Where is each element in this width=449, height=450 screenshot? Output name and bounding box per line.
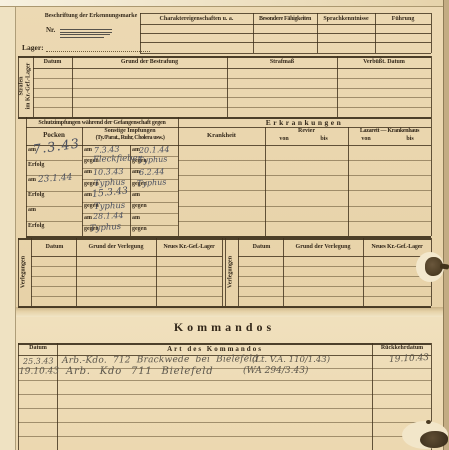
grid-line bbox=[253, 13, 254, 53]
strafen-side-line1: Strafen bbox=[19, 58, 26, 115]
erkrankungen-title: Erkrankungen bbox=[180, 119, 429, 128]
impf-gegen-entry: Typhus bbox=[94, 200, 126, 211]
grid-line bbox=[372, 343, 373, 450]
grid-line bbox=[33, 68, 431, 69]
lager-label: Lager: bbox=[22, 44, 44, 53]
grid-line bbox=[33, 107, 431, 108]
strafen-side-label: Strafen im Kr.-Gef.-Lager bbox=[19, 58, 33, 115]
grid-line bbox=[140, 33, 431, 34]
grid-line bbox=[348, 127, 349, 236]
verleg-right-header-grund: Grund der Verlegung bbox=[285, 244, 361, 251]
grid-line bbox=[18, 343, 19, 450]
grid-line bbox=[31, 296, 222, 297]
colB-gegen-label-3: gegen bbox=[132, 203, 147, 210]
kommandos-header-art: Art des Kommandos bbox=[59, 345, 371, 353]
grid-line bbox=[431, 117, 432, 236]
grid-line bbox=[18, 408, 431, 409]
revier-von-label: von bbox=[272, 136, 296, 143]
grid-line bbox=[33, 88, 431, 89]
kommandos-header-datum: Datum bbox=[20, 345, 56, 352]
nr-label: Nr. bbox=[46, 26, 55, 34]
grid-line bbox=[178, 221, 431, 222]
pocken-erfolg-label-2: Erfolg bbox=[28, 192, 44, 199]
impf-date-entry: 7.3.43 bbox=[94, 144, 120, 154]
impf-gegen-entry: Typhus bbox=[137, 177, 167, 188]
grid-line bbox=[178, 160, 431, 161]
grid-line bbox=[33, 97, 431, 98]
colA-am-label-2: am bbox=[84, 169, 92, 176]
grid-line bbox=[317, 13, 318, 53]
grid-line bbox=[238, 286, 431, 287]
lazarett-von-label: von bbox=[354, 136, 378, 143]
grid-line bbox=[265, 127, 266, 236]
grid-line bbox=[227, 56, 228, 117]
grid-line bbox=[72, 56, 73, 117]
grid-line bbox=[18, 238, 19, 306]
grid-line bbox=[31, 266, 222, 267]
colB-gegen-label-4: gegen bbox=[132, 226, 147, 233]
krankheit-header: Krankheit bbox=[180, 132, 263, 139]
kommandos-title: Kommandos bbox=[100, 321, 349, 335]
impf-gegen-entry: Typhus bbox=[90, 221, 122, 233]
grid-line bbox=[60, 34, 110, 35]
grid-line bbox=[238, 256, 431, 257]
grid-line bbox=[140, 53, 431, 54]
impf-gegen-entry: Fleckfieber bbox=[93, 153, 142, 165]
grid-line bbox=[140, 42, 431, 43]
grid-line bbox=[18, 380, 431, 381]
lazarett-header: Lazarett — Krankenhaus bbox=[350, 128, 429, 135]
kommando-row-note: (Lt. V.A. 110/1.43) bbox=[252, 355, 330, 365]
verleg-right-header-datum: Datum bbox=[240, 244, 283, 251]
strafen-header-strafmass: Strafmaß bbox=[229, 59, 335, 66]
kommando-row-note: (WA 294/3.43) bbox=[243, 366, 308, 376]
verleg-left-header-grund: Grund der Verlegung bbox=[78, 244, 154, 251]
impf-date-entry: 10.3.43 bbox=[93, 166, 124, 176]
pocken-am-label-3: am bbox=[28, 207, 36, 214]
scanned-pow-record: { "colors": {"paper":"#e9d5ad","paper_bo… bbox=[0, 0, 449, 450]
grid-line bbox=[375, 13, 376, 53]
verlegungen-side-label-left: Verlegungen bbox=[21, 240, 29, 305]
lazarett-bis-label: bis bbox=[398, 136, 422, 143]
grid-line bbox=[18, 394, 431, 395]
revier-bis-label: bis bbox=[312, 136, 336, 143]
impf-date-entry: 28.1.44 bbox=[93, 211, 124, 221]
strafen-header-datum: Datum bbox=[35, 59, 70, 66]
traits-header-languages: Sprachkenntnisse bbox=[319, 16, 373, 23]
pocken-erfolg-label-3: Erfolg bbox=[28, 223, 44, 230]
kommando-row-art: Arb. Kdo 711 Bielefeld bbox=[66, 366, 214, 377]
grid-line bbox=[60, 37, 104, 38]
impf-date-entry: 6.2.44 bbox=[139, 167, 165, 177]
grid-line bbox=[18, 306, 431, 308]
grid-line bbox=[60, 29, 112, 30]
grid-line bbox=[178, 190, 431, 191]
grid-lines-layer bbox=[0, 0, 449, 450]
verleg-left-header-datum: Datum bbox=[33, 244, 76, 251]
marke-title: Beschriftung der Erkennungsmarke bbox=[28, 13, 154, 20]
kommandos-header-rueckkehr: Rückkehrdatum bbox=[374, 345, 430, 352]
colB-am-label-4: am bbox=[132, 215, 140, 222]
kommando-row-art: Arb.-Kdo. 712 Brackwede bei Bielefeld bbox=[62, 354, 258, 366]
grid-line bbox=[178, 206, 431, 207]
verleg-right-header-neues: Neues Kr.-Gef.-Lager bbox=[364, 244, 430, 251]
traits-header-abilities: Besondere Fähigkeiten bbox=[255, 16, 315, 23]
grid-line bbox=[238, 266, 431, 267]
grid-line bbox=[238, 238, 239, 306]
grid-line bbox=[31, 238, 32, 306]
grid-line bbox=[82, 127, 83, 236]
impf-title: Schutzimpfungen während der Gefangenscha… bbox=[27, 120, 177, 127]
grid-line bbox=[18, 436, 431, 437]
pocken-am-label-2: am bbox=[28, 177, 36, 184]
grid-line bbox=[140, 24, 431, 25]
grid-line bbox=[337, 56, 338, 117]
grid-line bbox=[178, 117, 179, 236]
grid-line bbox=[431, 56, 432, 117]
sonstige-header: Sonstige Impfungen bbox=[83, 128, 177, 135]
traits-header-conduct: Führung bbox=[377, 16, 429, 23]
kommando-row-datum: 19.10.43 bbox=[19, 366, 59, 377]
grid-line bbox=[31, 276, 222, 277]
colB-am-label-3: am bbox=[132, 192, 140, 199]
strafen-side-line2: im Kr.-Gef.-Lager bbox=[25, 58, 32, 115]
grid-line bbox=[33, 78, 431, 79]
strafen-header-verbuesst: Verbüßt. Datum bbox=[339, 59, 429, 66]
colA-am-label-3: am bbox=[84, 192, 92, 199]
grid-line bbox=[60, 32, 112, 33]
colA-am-label-1: am bbox=[84, 147, 92, 154]
grid-line bbox=[140, 13, 431, 14]
grid-line bbox=[18, 56, 431, 58]
sonstige-subheader: (Ty./Parat., Ruhr, Cholera usw.) bbox=[83, 135, 177, 142]
punch-hole-bottom bbox=[420, 431, 448, 448]
traits-header-character: Charaktereigenschaften u. a. bbox=[142, 16, 251, 23]
paper-speck bbox=[426, 420, 431, 424]
grid-line bbox=[18, 422, 431, 423]
grid-line bbox=[178, 175, 431, 176]
grid-line bbox=[238, 276, 431, 277]
pocken-erfolg-label-1: Erfolg bbox=[28, 162, 44, 169]
grid-line bbox=[57, 343, 58, 450]
grid-line bbox=[238, 296, 431, 297]
verleg-left-header-neues: Neues Kr.-Gef.-Lager bbox=[157, 244, 221, 251]
grid-line bbox=[431, 13, 432, 53]
kommando-row-datum: 25.3.43 bbox=[23, 356, 54, 366]
impf-gegen-entry: Typhus bbox=[138, 154, 168, 165]
lager-blank-line bbox=[46, 51, 150, 52]
kommando-row-rueckkehr: 19.10.43 bbox=[389, 352, 430, 364]
grid-line bbox=[31, 286, 222, 287]
grid-line bbox=[225, 238, 226, 306]
colA-am-label-4: am bbox=[84, 215, 92, 222]
verlegungen-side-label-right: Verlegungen bbox=[228, 240, 236, 305]
punch-hole-tear bbox=[440, 263, 449, 269]
impf-date-entry: 20.1.44 bbox=[139, 144, 170, 154]
strafen-header-grund: Grund der Bestrafung bbox=[74, 59, 225, 66]
revier-header: Revier bbox=[267, 128, 346, 135]
grid-line bbox=[283, 238, 284, 306]
grid-line bbox=[33, 56, 34, 117]
grid-line bbox=[76, 238, 77, 306]
grid-line bbox=[222, 238, 223, 306]
grid-line bbox=[31, 256, 222, 257]
